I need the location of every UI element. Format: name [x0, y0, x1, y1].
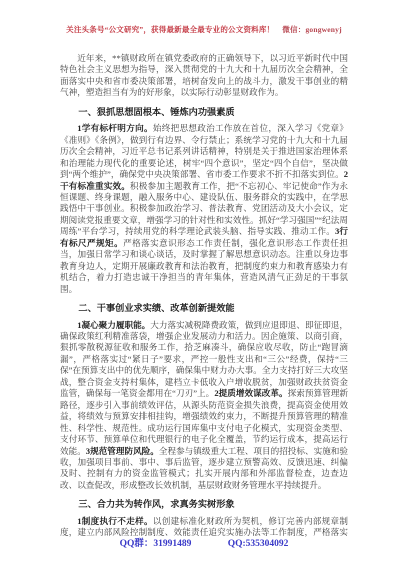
section-1-paragraph: 1学有标杆明方向。始终把思想政治工作放在首位，深入学习《党章》《准则》《条例》，…: [60, 123, 348, 295]
section-3-heading: 三、合力共为转作风，求真务实树形象: [60, 499, 348, 510]
document-body: 近年来，**镇财政所在镇党委政府的正确领导下，以习近平新时代中国特色社会主义思想…: [60, 53, 348, 539]
promo-notice-text: 关注头条号“公文研究”，获得最新最全最专业的公文资料库！: [66, 25, 274, 34]
promo-wechat-text: 微信：gongwenyj: [282, 25, 342, 34]
section-2-paragraph: 1凝心聚力履职能。大力落实减税降费政策，做到应退即退、即征即退，确保政策红利精准…: [60, 320, 348, 492]
intro-paragraph: 近年来，**镇财政所在镇党委政府的正确领导下，以习近平新时代中国特色社会主义思想…: [60, 53, 348, 99]
promo-header: 关注头条号“公文研究”，获得最新最全最专业的公文资料库！ 微信：gongweny…: [0, 24, 408, 35]
section-2-heading: 二、干事创业求实绩、改革创新提效能: [60, 303, 348, 314]
qq-number-text: QQ:535304092: [228, 539, 289, 549]
contact-footer: QQ群：31991489 QQ:535304092: [0, 535, 408, 549]
section-1-heading: 一、狠抓思想固根本、锤炼内功强素质: [60, 107, 348, 118]
qq-group-text: QQ群：31991489: [120, 539, 192, 549]
document-page: 关注头条号“公文研究”，获得最新最全最专业的公文资料库！ 微信：gongweny…: [0, 0, 408, 580]
